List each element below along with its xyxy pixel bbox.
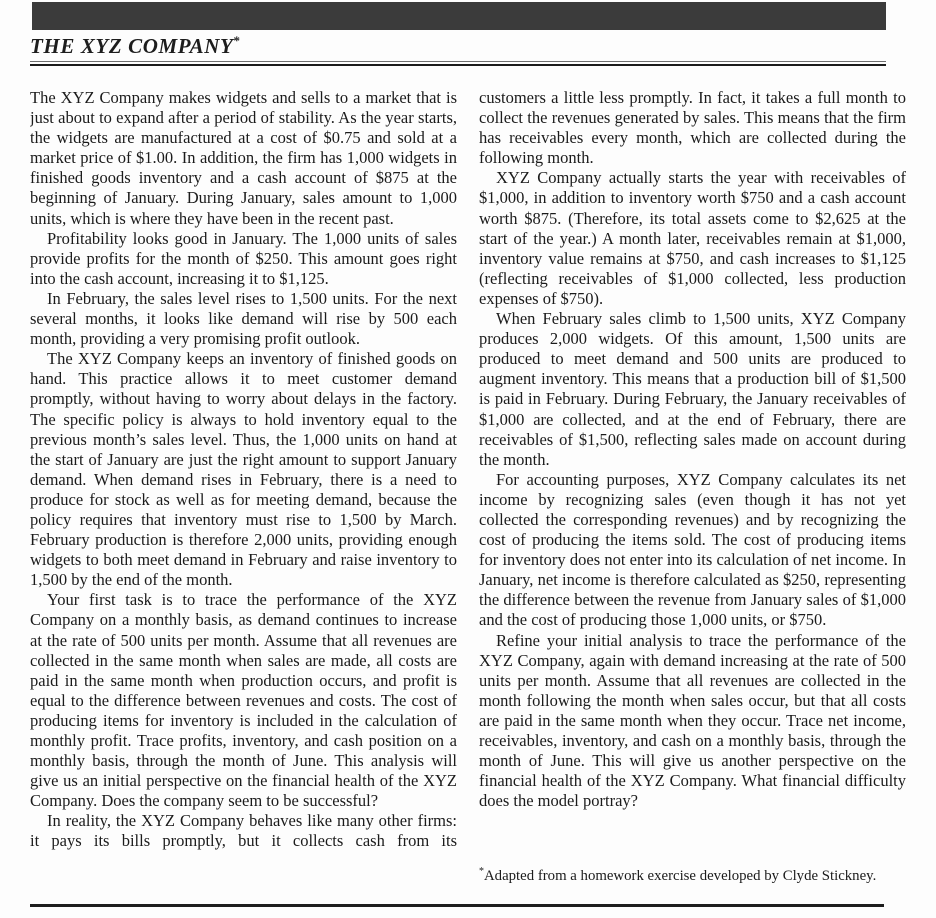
page-title: THE XYZ COMPANY* [30,34,241,59]
paragraph: For accounting purposes, XYZ Company cal… [479,470,906,631]
title-footnote-marker: * [233,33,240,48]
paragraph: Profitability looks good in January. The… [30,229,457,289]
footnote-text: Adapted from a homework exercise develop… [484,868,876,884]
paragraph: Your first task is to trace the performa… [30,590,457,811]
page-title-text: THE XYZ COMPANY [30,34,233,58]
right-column: customers a little less promptly. In fac… [479,88,906,900]
document-page: THE XYZ COMPANY* The XYZ Company makes w… [0,0,936,918]
title-rule [30,61,886,66]
header-bar [32,2,886,30]
paragraph: When February sales climb to 1,500 units… [479,309,906,470]
paragraph: In reality, the XYZ Company behaves like… [30,811,457,851]
paragraph: customers a little less promptly. In fac… [479,88,906,168]
footnote: *Adapted from a homework exercise develo… [479,867,906,885]
bottom-rule [30,904,884,907]
paragraph: Refine your initial analysis to trace th… [479,631,906,812]
article-body: The XYZ Company makes widgets and sells … [30,88,906,900]
left-column: The XYZ Company makes widgets and sells … [30,88,457,900]
paragraph: The XYZ Company keeps an inventory of fi… [30,349,457,590]
paragraph: The XYZ Company makes widgets and sells … [30,88,457,229]
paragraph: In February, the sales level rises to 1,… [30,289,457,349]
paragraph: XYZ Company actually starts the year wit… [479,168,906,309]
